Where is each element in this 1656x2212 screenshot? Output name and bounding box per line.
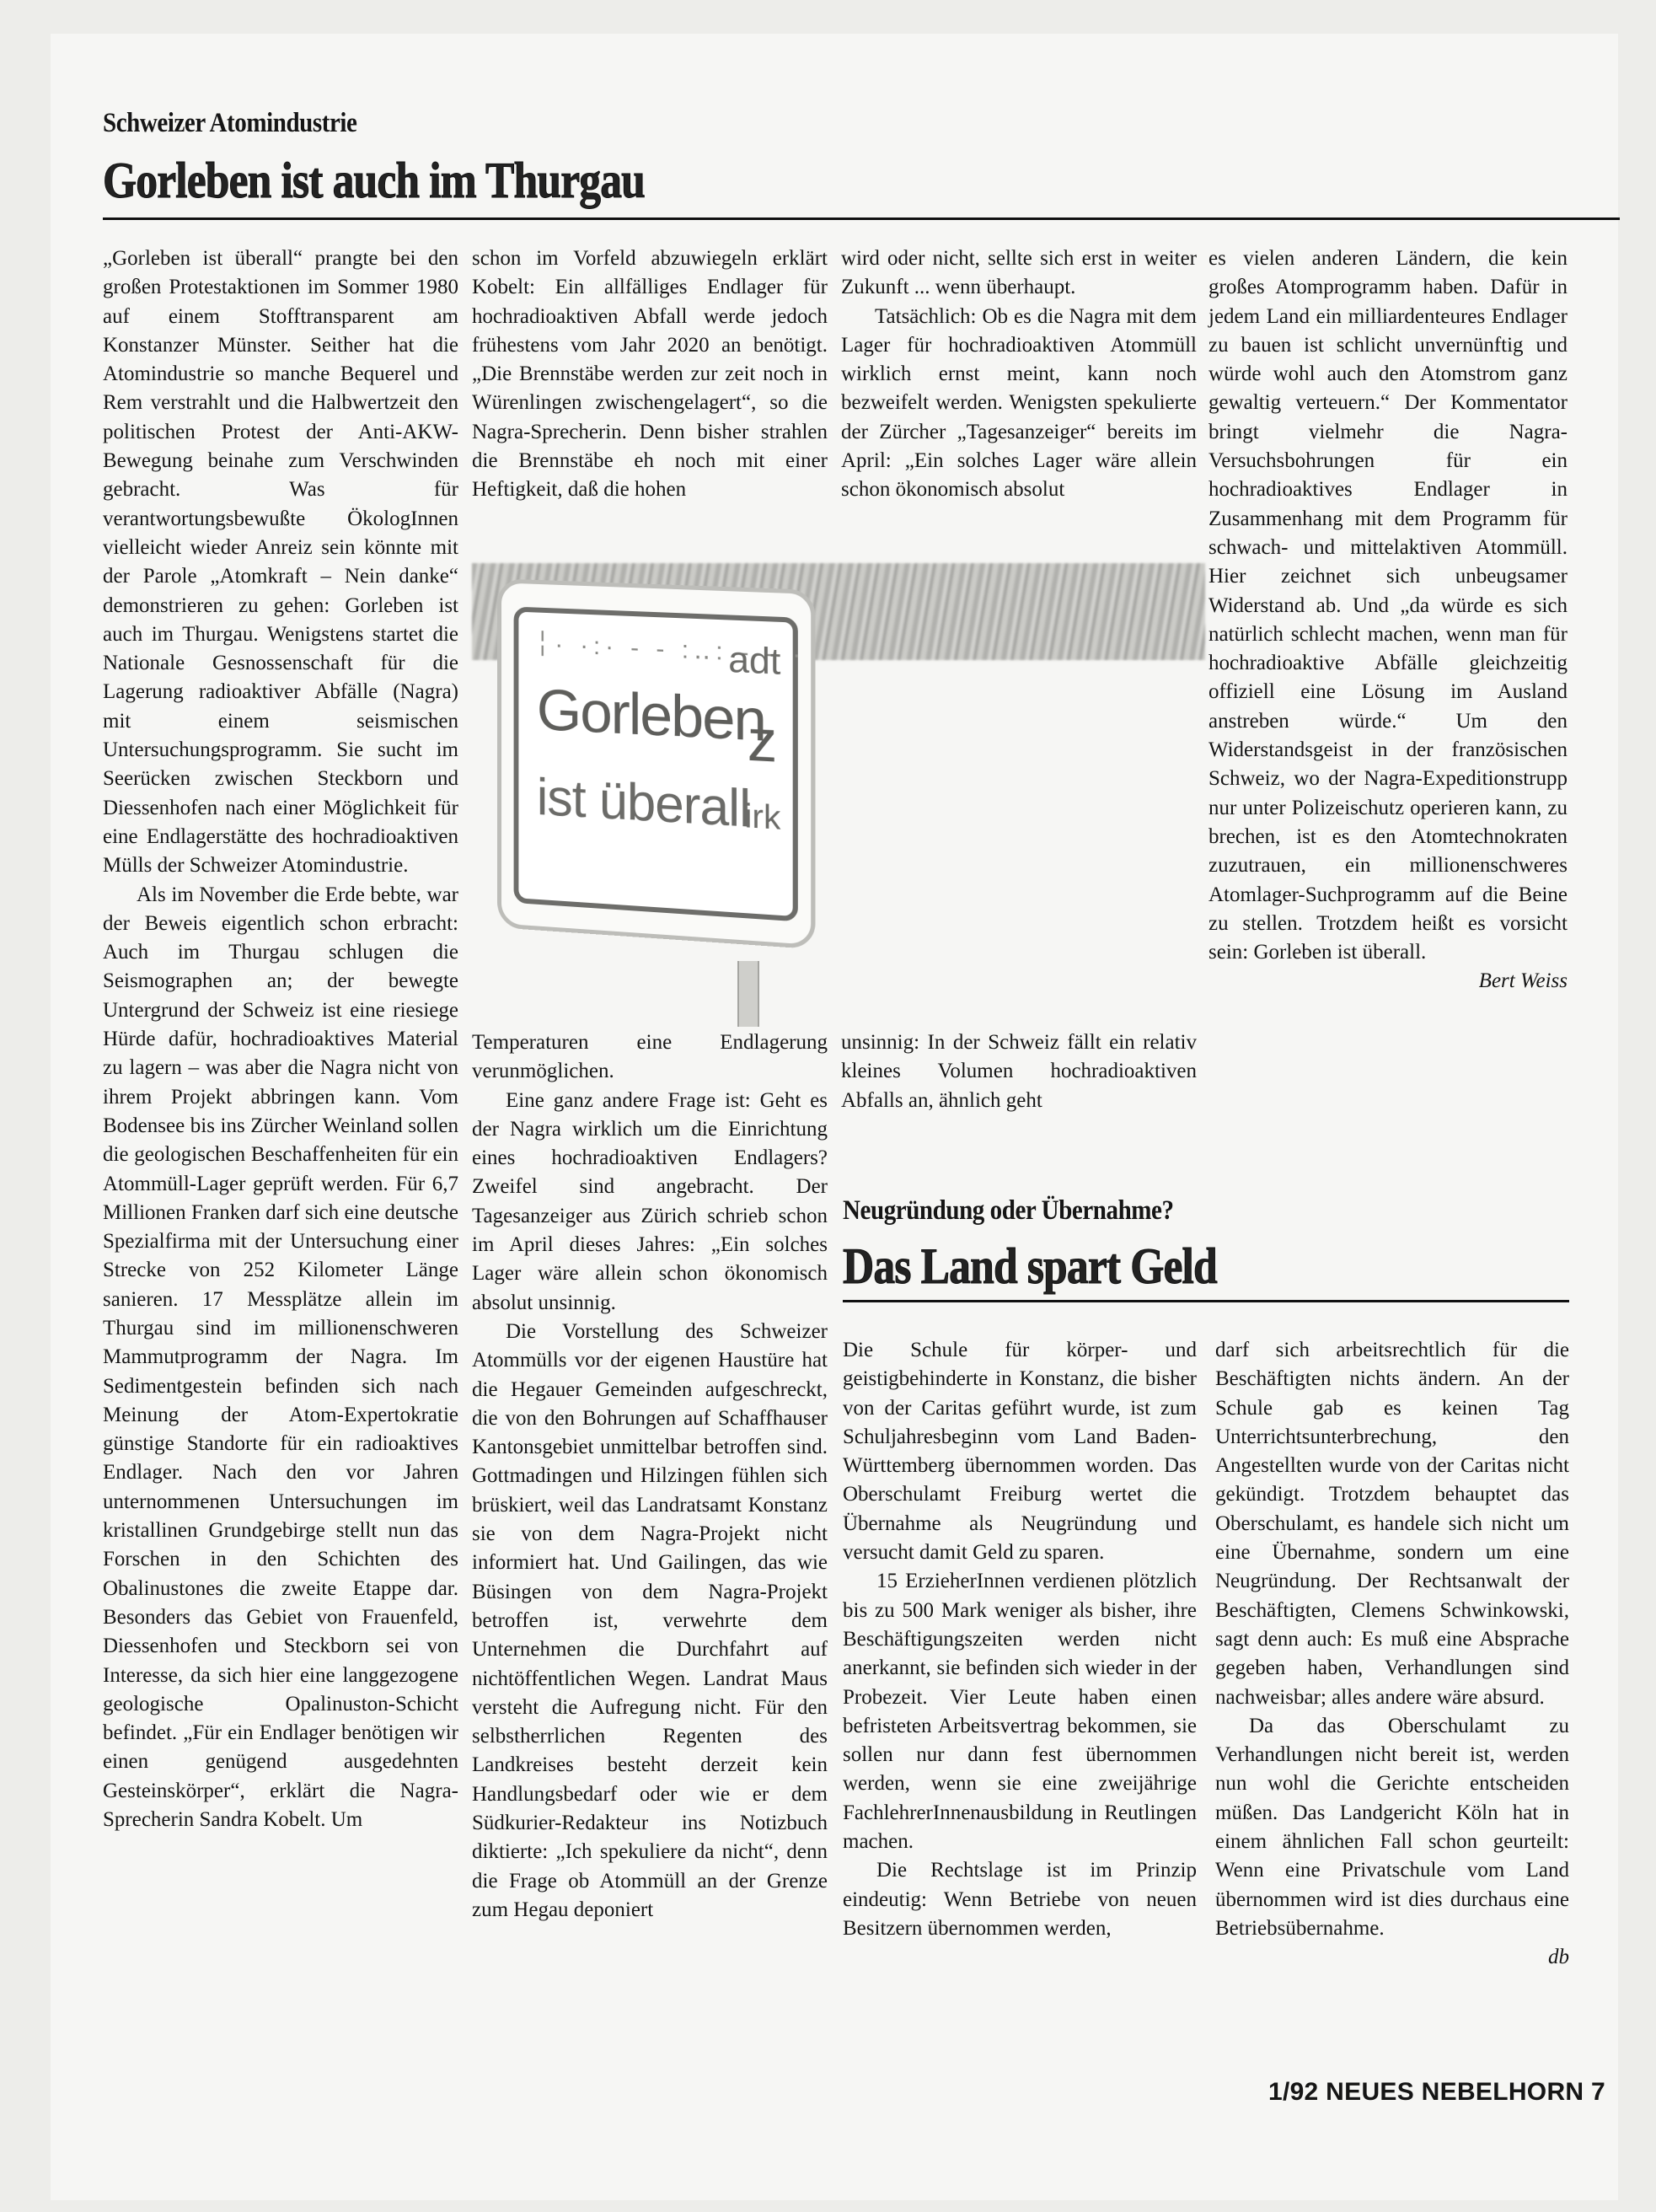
sign-text-ist-ueberall: ist überall xyxy=(537,768,750,840)
article1-headline-rule xyxy=(103,217,1620,220)
sign-text-adt: adt xyxy=(728,639,780,684)
article1-column-4: es vielen anderen Ländern, die kein groß… xyxy=(1209,244,1568,996)
paragraph: Die Rechtslage ist im Prinzip eindeutig:… xyxy=(843,1856,1197,1943)
article1-column-2-top: schon im Vorfeld abzuwiegeln erklärt Kob… xyxy=(472,244,828,505)
paragraph: Die Schule für körper- und geistigbehind… xyxy=(843,1336,1197,1567)
paragraph: Die Vorstellung des Schweizer Atommülls … xyxy=(472,1318,828,1925)
sign-text-gorleben: Gorleben xyxy=(537,676,765,754)
paragraph: wird oder nicht, sellte sich erst in wei… xyxy=(841,244,1197,303)
sign-text-irk: irk xyxy=(744,797,780,838)
article-photo-town-sign: ╎· ·:· - - :‥: - - · adt Gorleben z ist … xyxy=(468,546,1209,1027)
town-sign-inner-border: ╎· ·:· - - :‥: - - · adt Gorleben z ist … xyxy=(514,607,798,922)
article1-column-1: „Gorleben ist überall“ prangte bei den g… xyxy=(103,244,458,1834)
paragraph: Da das Oberschulamt zu Verhandlungen nic… xyxy=(1215,1712,1569,1943)
paragraph: Temperaturen eine Endlagerung verunmögli… xyxy=(472,1028,828,1087)
sign-text-z: z xyxy=(748,706,778,776)
magazine-page: Schweizer Atomindustrie Gorleben ist auc… xyxy=(51,34,1618,2200)
article1-column-3-bottom: unsinnig: In der Schweiz fällt ein relat… xyxy=(841,1028,1197,1115)
article2-column-2: darf sich arbeitsrechtlich für die Besch… xyxy=(1215,1336,1569,1973)
article1-column-3-top: wird oder nicht, sellte sich erst in wei… xyxy=(841,244,1197,505)
author-signature: db xyxy=(1215,1943,1569,1972)
page-folio: 1/92 NEUES NEBELHORN 7 xyxy=(1268,2078,1605,2107)
town-sign: ╎· ·:· - - :‥: - - · adt Gorleben z ist … xyxy=(497,578,815,949)
article2-headline: Das Land spart Geld xyxy=(843,1238,1217,1296)
article1-kicker: Schweizer Atomindustrie xyxy=(103,108,356,139)
article2-headline-rule xyxy=(843,1300,1569,1302)
paragraph: darf sich arbeitsrechtlich für die Besch… xyxy=(1215,1336,1569,1712)
article2-kicker: Neugründung oder Übernahme? xyxy=(843,1195,1174,1227)
paragraph: Als im November die Erde bebte, war der … xyxy=(103,881,458,1835)
article1-headline: Gorleben ist auch im Thurgau xyxy=(103,152,645,210)
sign-post xyxy=(737,961,759,1027)
paragraph: 15 ErzieherInnen verdienen plötzlich bis… xyxy=(843,1567,1197,1856)
paragraph: unsinnig: In der Schweiz fällt ein relat… xyxy=(841,1028,1197,1115)
article1-column-2-bottom: Temperaturen eine Endlagerung verunmögli… xyxy=(472,1028,828,1925)
paragraph: es vielen anderen Ländern, die kein groß… xyxy=(1209,244,1568,967)
paragraph: Eine ganz andere Frage ist: Geht es der … xyxy=(472,1087,828,1318)
author-signature: Bert Weiss xyxy=(1209,967,1568,996)
paragraph: Tatsächlich: Ob es die Nagra mit dem Lag… xyxy=(841,303,1197,505)
paragraph: schon im Vorfeld abzuwiegeln erklärt Kob… xyxy=(472,244,828,505)
article2-column-1: Die Schule für körper- und geistigbehind… xyxy=(843,1336,1197,1943)
paragraph: „Gorleben ist überall“ prangte bei den g… xyxy=(103,244,458,881)
